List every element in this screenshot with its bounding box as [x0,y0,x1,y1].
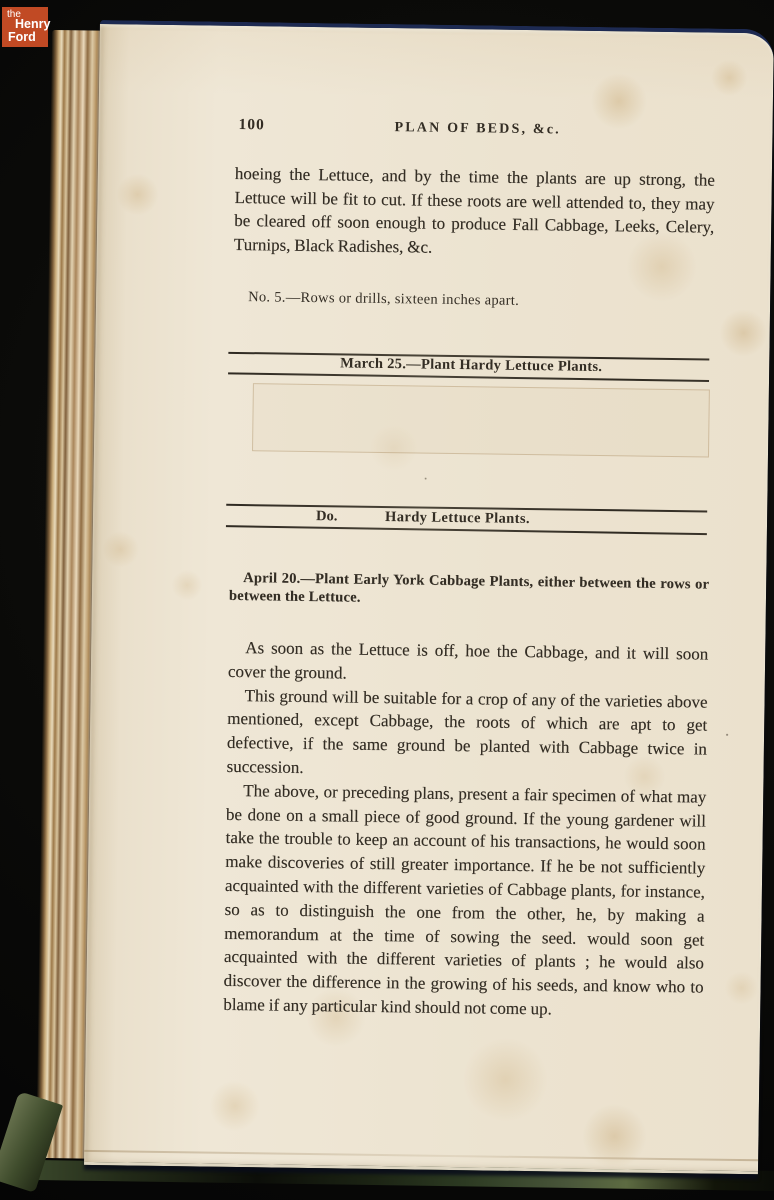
body-text: As soon as the Lettuce is off, hoe the C… [223,636,708,1023]
intro-paragraph: hoeing the Lettuce, and by the time the … [234,162,715,263]
bed2-caption-do: Do. [316,508,338,525]
page-number: 100 [238,116,264,134]
logo-word-henry: Henry [15,18,48,31]
april-note: April 20.—Plant Early York Cabbage Plant… [229,570,709,612]
logo-word-ford: Ford [8,31,48,44]
showthrough-table-outline [252,383,710,457]
running-title: PLAN OF BEDS, &c. [394,120,561,138]
page-crease [84,1150,758,1161]
paragraph-3: The above, or preceding plans, present a… [223,779,706,1024]
paragraph-1: As soon as the Lettuce is off, hoe the C… [228,636,709,690]
henry-ford-logo: the Henry Ford [2,7,48,47]
photo-background: 100 PLAN OF BEDS, &c. hoeing the Lettuce… [0,0,774,1200]
paragraph-2: This ground will be suitable for a crop … [226,683,707,785]
bed2-caption-plants: Hardy Lettuce Plants. [385,509,530,528]
book-page: 100 PLAN OF BEDS, &c. hoeing the Lettuce… [84,20,774,1174]
plan-no5-caption: No. 5.—Rows or drills, sixteen inches ap… [248,289,519,310]
